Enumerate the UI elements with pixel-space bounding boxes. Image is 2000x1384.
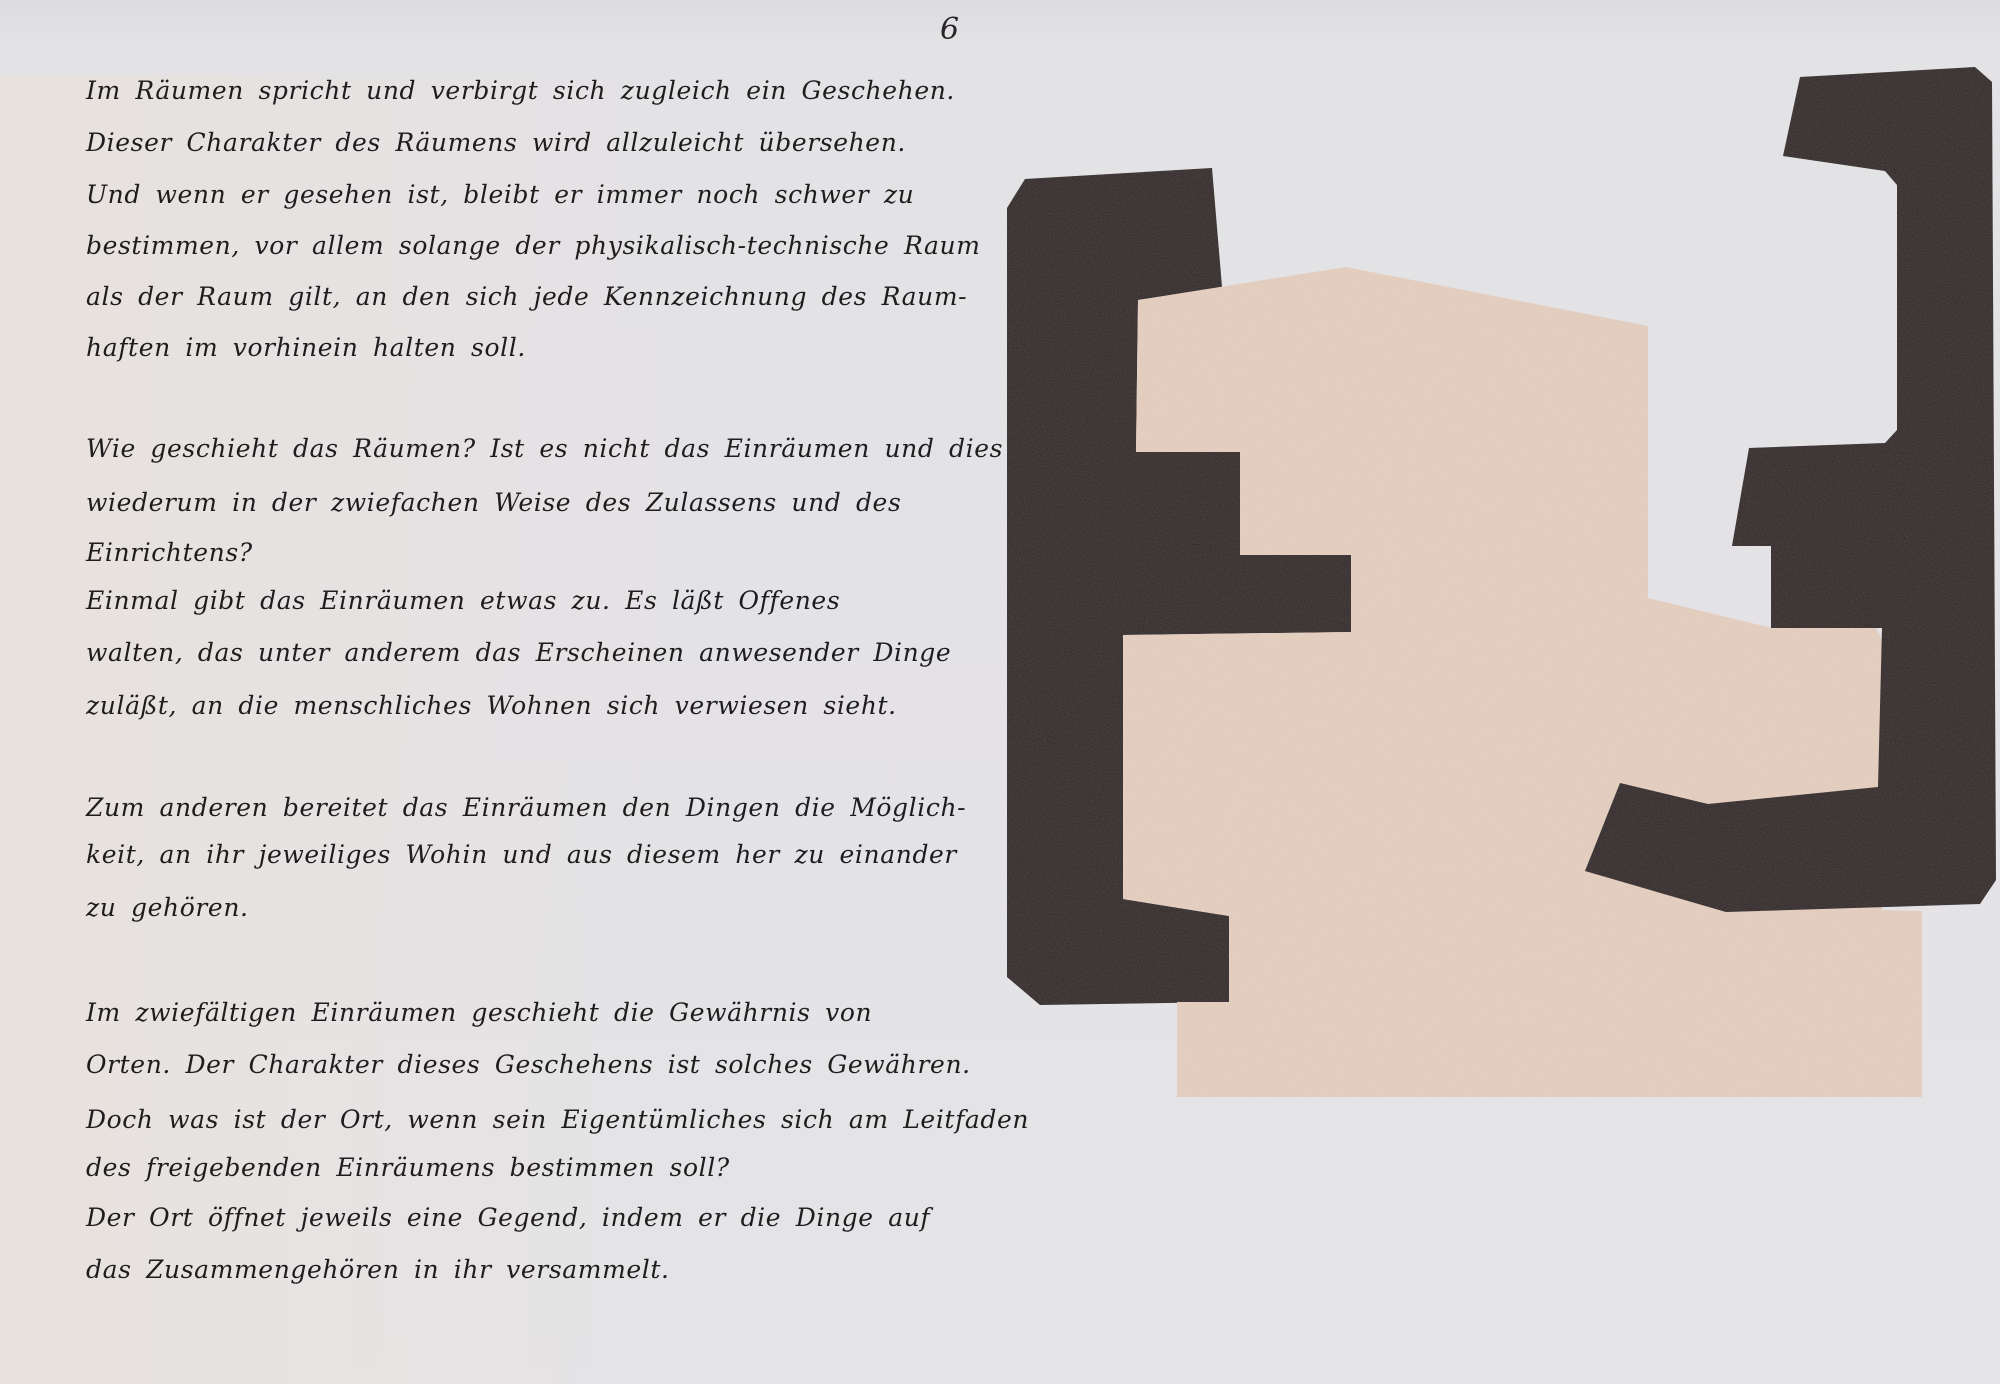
manuscript-page: 6 Im Räumen spricht und verbirgt sich zu… [0, 0, 2000, 1384]
paper-collage [0, 0, 2000, 1384]
beige-paper-shape [1123, 267, 1922, 1097]
